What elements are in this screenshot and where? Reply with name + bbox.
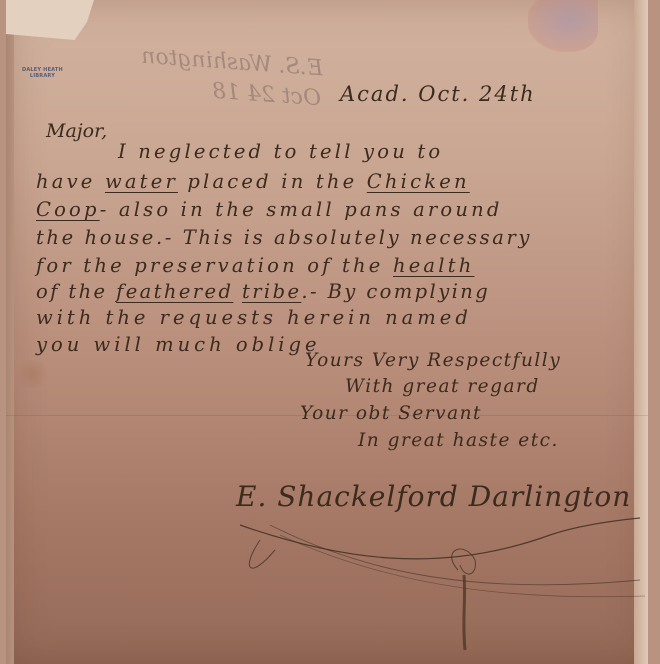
body-line: Coop- also in the small pans around xyxy=(36,198,503,221)
body-line: for the preservation of the health xyxy=(36,254,475,277)
salutation: Major, xyxy=(46,120,107,142)
body-line: you will much oblige xyxy=(36,333,321,356)
signature-flourish xyxy=(220,480,660,660)
closing-line: In great haste etc. xyxy=(358,430,559,451)
closing-line: Yours Very Respectfully xyxy=(305,350,561,371)
dateline: Acad. Oct. 24th xyxy=(340,82,536,106)
body-line: have water placed in the Chicken xyxy=(36,170,470,193)
body-line: of the feathered tribe.- By complying xyxy=(36,280,490,303)
body-line: I neglected to tell you to xyxy=(118,140,443,163)
ink-stain xyxy=(528,0,598,52)
closing-line: Your obt Servant xyxy=(300,403,482,424)
stamp-line-2: LIBRARY xyxy=(22,73,63,79)
paper-left-edge xyxy=(6,0,14,664)
foxing-spot xyxy=(12,360,52,388)
library-stamp: DALEY HEATH LIBRARY xyxy=(22,67,63,79)
body-line: the house.- This is absolutely necessary xyxy=(36,226,532,249)
pencil-notes: E.S. Washington Oct 24 18 xyxy=(138,42,324,115)
body-line: with the requests herein named xyxy=(36,306,472,329)
closing-line: With great regard xyxy=(345,376,540,397)
